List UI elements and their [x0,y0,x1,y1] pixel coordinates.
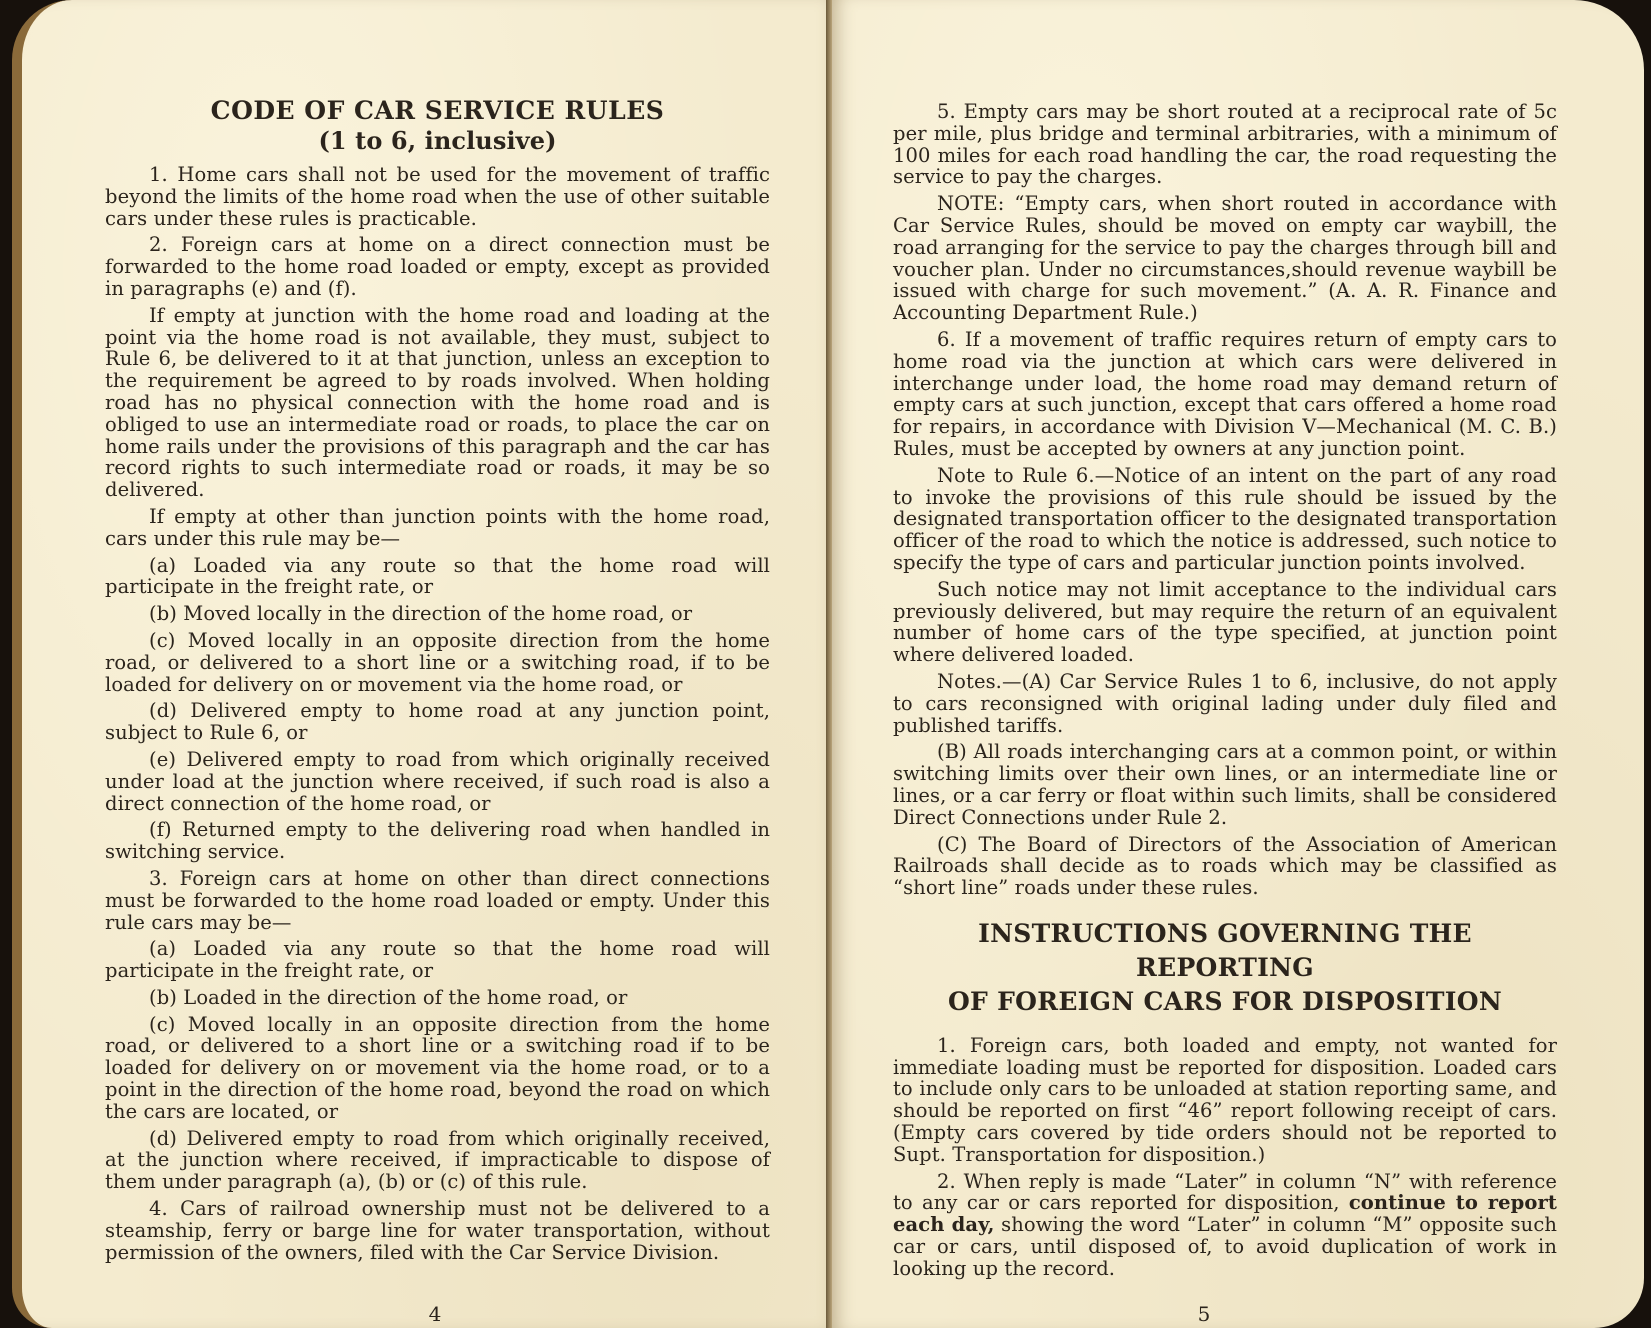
section-title-line-1: INSTRUCTIONS GOVERNING THE REPORTING [893,917,1557,985]
right-page: 5. Empty cars may be short routed at a r… [832,0,1644,1328]
right-page-text: 5. Empty cars may be short routed at a r… [893,101,1557,1285]
page-number-left: 4 [415,1302,455,1326]
section-title-line-2: OF FOREIGN CARS FOR DISPOSITION [893,985,1557,1019]
instruction-2: 2. When reply is made “Later” in column … [893,1171,1557,1280]
left-page-text: CODE OF CAR SERVICE RULES (1 to 6, inclu… [105,96,770,1268]
note-c: (C) The Board of Directors of the Associ… [893,834,1557,899]
rule-2: 2. Foreign cars at home on a direct conn… [105,234,770,299]
rule-4: 4. Cars of railroad ownership must not b… [105,1198,770,1263]
rule-5-note: NOTE: “Empty cars, when short routed in … [893,193,1557,324]
section-title: INSTRUCTIONS GOVERNING THE REPORTING OF … [893,917,1557,1019]
rule-3-item-b: (b) Loaded in the direction of the home … [105,987,770,1009]
rule-1: 1. Home cars shall not be used for the m… [105,164,770,229]
notice-limit-paragraph: Such notice may not limit acceptance to … [893,579,1557,666]
rule-2-item-f: (f) Returned empty to the delivering roa… [105,819,770,863]
page-subtitle: (1 to 6, inclusive) [105,126,770,156]
note-a: Notes.—(A) Car Service Rules 1 to 6, inc… [893,671,1557,736]
page-title: CODE OF CAR SERVICE RULES [105,96,770,126]
note-b: (B) All roads interchanging cars at a co… [893,741,1557,828]
rule-3-item-c: (c) Moved locally in an opposite directi… [105,1014,770,1123]
rule-6: 6. If a movement of traffic requires ret… [893,329,1557,460]
rule-2-item-b: (b) Moved locally in the direction of th… [105,603,770,625]
rule-2-item-e: (e) Delivered empty to road from which o… [105,749,770,814]
rule-2-other-points: If empty at other than junction points w… [105,506,770,550]
rule-5: 5. Empty cars may be short routed at a r… [893,101,1557,188]
rule-2-item-c: (c) Moved locally in an opposite directi… [105,630,770,695]
rule-3-item-a: (a) Loaded via any route so that the hom… [105,938,770,982]
instruction-1: 1. Foreign cars, both loaded and empty, … [893,1035,1557,1166]
left-page: CODE OF CAR SERVICE RULES (1 to 6, inclu… [12,0,840,1328]
rule-3-item-d: (d) Delivered empty to road from which o… [105,1128,770,1193]
rule-2-item-d: (d) Delivered empty to home road at any … [105,700,770,744]
note-to-rule-6: Note to Rule 6.—Notice of an intent on t… [893,465,1557,574]
rule-3: 3. Foreign cars at home on other than di… [105,868,770,933]
page-number-right: 5 [1184,1302,1224,1326]
rule-2-item-a: (a) Loaded via any route so that the hom… [105,555,770,599]
rule-2-junction-paragraph: If empty at junction with the home road … [105,305,770,501]
